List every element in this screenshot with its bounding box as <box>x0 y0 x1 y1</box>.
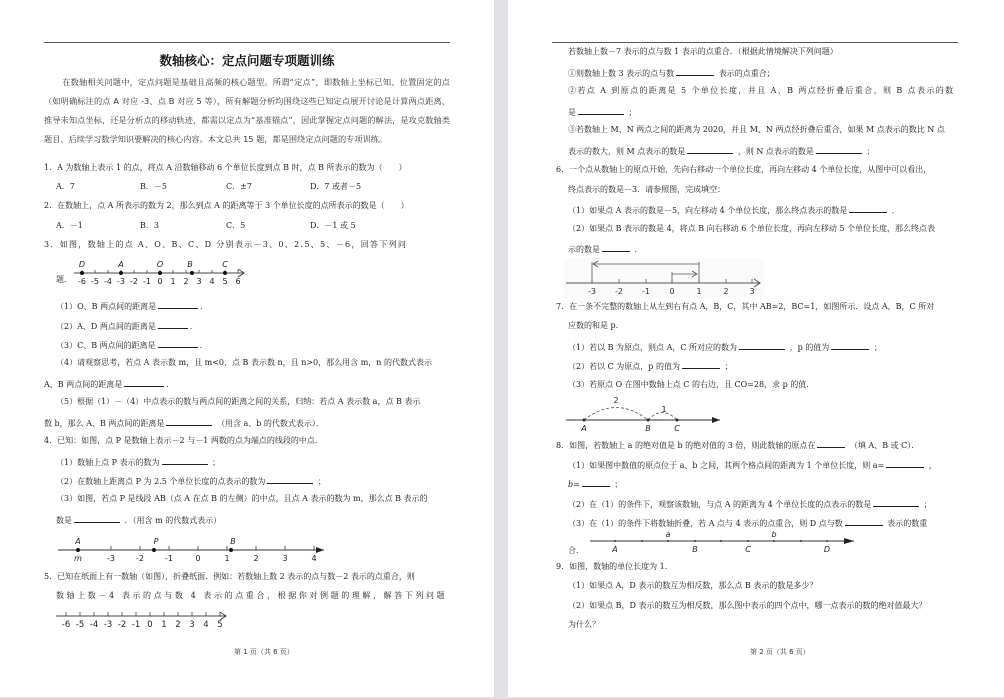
q3-part-4: （4）请观察思考，若点 A 表示数 m，且 m<0，点 B 表示数 n，且 n>… <box>56 358 432 368</box>
svg-text:2: 2 <box>183 277 188 286</box>
svg-text:A: A <box>74 537 80 546</box>
svg-text:-3: -3 <box>107 554 115 563</box>
answer-blank[interactable] <box>849 204 887 213</box>
svg-text:-4: -4 <box>90 620 98 630</box>
svg-text:5: 5 <box>222 277 227 286</box>
answer-blank[interactable] <box>676 67 714 76</box>
point-label-c: C <box>222 260 228 269</box>
q6-part-1: （1）如果点 A 表示的数是－5，向左移动 4 个单位长度，那么终点表示的数是 … <box>568 204 900 216</box>
answer-blank[interactable] <box>739 341 785 350</box>
q1-option-b: B．－5 <box>140 182 167 192</box>
svg-text:B: B <box>645 424 651 433</box>
q7-part-2: （2）若以 C 为原点，p 的值为 ； <box>568 360 733 372</box>
q9-part-1: （1）如果点 A，D 表示的数互为相反数，那么点 B 表示的数是多少？ <box>568 581 817 591</box>
answer-blank[interactable] <box>578 106 624 115</box>
answer-blank[interactable] <box>831 341 869 350</box>
question-7-stem: 7．在一条不完整的数轴上从左到右有点 A，B，C，其中 AB=2，BC=1，如图… <box>556 302 934 312</box>
svg-text:1: 1 <box>224 554 229 563</box>
q9-part-2: （2）如果点 B，D 表示的数互为相反数，那么图中表示的四个点中，哪一点表示的数… <box>568 601 926 611</box>
q4-part-3-cont: 数是 ．（用含 m 的代数式表示） <box>56 514 221 526</box>
svg-text:4: 4 <box>311 554 316 563</box>
q4-part-2: （2）在数轴上距离点 P 为 2.5 个单位长度的点表示的数为 ； <box>56 475 326 487</box>
question-5-stem-2: 数轴上数－4 表示的点与数 4 表示的点重合，根据你对例题的理解，解答下列问题 <box>56 591 447 601</box>
svg-text:3: 3 <box>749 287 754 296</box>
intro-paragraph: 在数轴相关问题中，定点问题是基础且高频的核心题型。所谓“定点”，即数轴上坐标已知… <box>44 73 450 149</box>
question-2-stem: 2．在数轴上，点 A 所表示的数为 2，那么到点 A 的距离等于 3 个单位长度… <box>44 201 409 211</box>
svg-text:0: 0 <box>157 277 162 286</box>
document-title: 数轴核心：定点问题专项题训练 <box>0 51 494 69</box>
q2-option-d: D．－1 或 5 <box>310 221 356 231</box>
intro-text: 在数轴相关问题中，定点问题是基础且高频的核心题型。所谓“定点”，即数轴上坐标已知… <box>44 77 450 144</box>
answer-blank[interactable] <box>166 417 212 426</box>
svg-text:2: 2 <box>253 554 258 563</box>
answer-blank[interactable] <box>124 378 164 387</box>
svg-text:1: 1 <box>696 287 701 296</box>
point-label-o: O <box>157 260 163 269</box>
svg-text:1: 1 <box>161 620 166 630</box>
question-7-stem-2: 应数的和是 p． <box>568 321 624 331</box>
svg-text:-3: -3 <box>104 620 112 630</box>
svg-text:m: m <box>74 554 82 563</box>
q1-option-c: C．±7 <box>226 182 252 192</box>
q5-part-1: ①则数轴上数 3 表示的点与数 表示的点重合； <box>568 67 775 79</box>
svg-text:-6: -6 <box>78 277 86 286</box>
svg-text:P: P <box>154 537 159 546</box>
q7-part-3: （3）若原点 O 在图中数轴上点 C 的右边，且 CO=28，求 p 的值． <box>568 380 814 390</box>
svg-text:-3: -3 <box>588 287 596 296</box>
svg-text:-1: -1 <box>132 620 140 630</box>
svg-text:-6: -6 <box>62 620 70 630</box>
svg-text:5: 5 <box>217 620 222 630</box>
answer-blank[interactable] <box>158 320 188 329</box>
q2-option-c: C．5 <box>226 221 245 231</box>
svg-text:2: 2 <box>613 396 618 405</box>
svg-text:2: 2 <box>175 620 180 630</box>
q4-part-3: （3）如图，若点 P 是线段 AB（点 A 在点 B 的左侧）的中点，且点 A … <box>56 494 428 504</box>
svg-text:3: 3 <box>189 620 194 630</box>
svg-text:-4: -4 <box>104 277 112 286</box>
page-footer: 第 2 页（共 6 页） <box>750 647 810 657</box>
question-3-stem-tail: 题． <box>56 275 72 285</box>
answer-blank[interactable] <box>873 498 919 507</box>
answer-blank[interactable] <box>162 456 208 465</box>
answer-blank[interactable] <box>158 339 198 348</box>
svg-text:-5: -5 <box>76 620 84 630</box>
answer-blank[interactable] <box>682 360 720 369</box>
page-footer: 第 1 页（共 6 页） <box>234 647 294 657</box>
svg-text:-2: -2 <box>136 554 144 563</box>
document-page-2: 若数轴上数－7 表示的点与数 1 表示的点重合．（根据此情境解决下列问题） ①则… <box>508 0 1004 697</box>
header-rule <box>552 42 958 43</box>
svg-text:2: 2 <box>723 287 728 296</box>
answer-blank[interactable] <box>602 243 630 252</box>
q2-option-b: B．3 <box>140 221 159 231</box>
q5-cont-line: 若数轴上数－7 表示的点与数 1 表示的点重合．（根据此情境解决下列问题） <box>568 47 838 57</box>
svg-text:b: b <box>771 530 776 539</box>
svg-text:a: a <box>666 530 671 539</box>
question-3-stem: 3．如图，数轴上的点 A、O、B、C、D 分别表示－3、0、2.5、5、－6，回… <box>44 240 407 250</box>
q1-option-a: A．7 <box>56 182 75 192</box>
header-rule <box>44 42 450 43</box>
q8-part-1: （1）如果图中数值的原点位于 a、b 之间，其两个格点间的距离为 1 个单位长度… <box>568 459 937 471</box>
question-9-stem: 9．如图，数轴的单位长度为 1． <box>556 562 673 572</box>
point-label-d: D <box>79 260 85 269</box>
answer-blank[interactable] <box>816 145 862 154</box>
q7-part-1: （1）若以 B 为原点，则点 A，C 所对应的数为 ，p 的值为 ； <box>568 341 882 353</box>
svg-text:-1: -1 <box>165 554 173 563</box>
svg-text:-2: -2 <box>118 620 126 630</box>
question-6-stem-2: 终点表示的数是－3．请参照图，完成填空： <box>568 185 725 195</box>
answer-blank[interactable] <box>687 145 733 154</box>
q8-part-3: （3）在（1）的条件下将数轴折叠，若 A 点与 4 表示的点重合，则 D 点与数… <box>568 517 927 529</box>
question-1-stem: 1．A 为数轴上表示 1 的点，将点 A 沿数轴移动 6 个单位长度到点 B 时… <box>44 163 407 173</box>
q3-part-3: （3）C、B 两点间的距离是． <box>56 339 208 351</box>
q8-part-2: （2）在（1）的条件下，观察该数轴，与点 A 的距离为 4 个单位长度的点表示的… <box>568 498 932 510</box>
point-label-b: B <box>187 260 193 269</box>
svg-text:-5: -5 <box>91 277 99 286</box>
answer-blank[interactable] <box>582 478 610 487</box>
q3-number-line-figure: D A O B C -6-5 -4-3 -2-1 01 23 45 6 <box>72 256 248 288</box>
q2-option-a: A．－1 <box>56 221 83 231</box>
q5-part-3-cont: 表示的数大，则 M 点表示的数是 ，则 N 点表示的数是 ； <box>568 145 874 157</box>
q3-part-2: （2）A、D 两点间的距离是． <box>56 320 198 332</box>
svg-text:6: 6 <box>235 277 240 286</box>
q8-number-line-figure: a b A B C D <box>588 530 858 556</box>
q3-part-1: （1）O、B 两点间的距离是． <box>56 300 208 312</box>
question-8-stem: 8．如图，若数轴上 a 的绝对值是 b 的绝对值的 3 倍，则此数轴的原点在 （… <box>556 439 919 451</box>
question-6-stem: 6．一个点从数轴上的原点开始，先向右移动一个单位长度，再向左移动 4 个单位长度… <box>556 165 931 175</box>
svg-text:0: 0 <box>195 554 200 563</box>
q8-part-3-cont: 合． <box>568 546 584 556</box>
answer-blank[interactable] <box>74 514 120 523</box>
answer-blank[interactable] <box>267 475 313 484</box>
svg-text:1: 1 <box>661 405 666 414</box>
answer-blank[interactable] <box>886 459 924 468</box>
svg-text:C: C <box>674 424 680 433</box>
svg-text:1: 1 <box>170 277 175 286</box>
svg-text:4: 4 <box>203 620 208 630</box>
q7-segment-diagram: 2 1 A B C <box>564 393 724 433</box>
question-4-stem: 4．已知：如图，点 P 是数轴上表示－2 与－1 两数的点为端点的线段的中点． <box>44 436 323 446</box>
q6-part-2: （2）如果点 B 表示的数是 4，将点 B 向右移动 6 个单位长度，再向左移动… <box>568 224 935 234</box>
q6-part-2-cont: 示的数是 ． <box>568 243 643 255</box>
svg-text:-2: -2 <box>130 277 138 286</box>
q1-option-d: D．7 或者－5 <box>310 182 361 192</box>
q6-movement-diagram: -3-2 -10 12 3 <box>564 258 764 298</box>
svg-text:3: 3 <box>282 554 287 563</box>
q9-part-2-cont: 为什么？ <box>568 620 600 630</box>
svg-text:A: A <box>611 545 617 554</box>
q4-number-line-figure: A P B m -3-2 -10 12 34 <box>56 533 328 565</box>
svg-text:3: 3 <box>196 277 201 286</box>
svg-text:0: 0 <box>147 620 152 630</box>
svg-text:-2: -2 <box>615 287 623 296</box>
q3-part-5-cont: 数 b，那么 A、B 两点间的距离是 （用含 a、b 的代数式表示）． <box>44 417 324 429</box>
q5-part-2-cont: 是 ； <box>568 106 637 118</box>
q4-part-1: （1）数轴上点 P 表示的数为 ； <box>56 456 220 468</box>
svg-text:0: 0 <box>669 287 674 296</box>
svg-text:A: A <box>580 424 586 433</box>
document-page-1: 数轴核心：定点问题专项题训练 在数轴相关问题中，定点问题是基础且高频的核心题型。… <box>0 0 494 697</box>
point-label-a: A <box>117 260 123 269</box>
q3-part-5: （5）根据（1）－（4）中点表示的数与两点间的距离之间的关系，归纳：若点 A 表… <box>56 397 420 407</box>
svg-text:D: D <box>824 545 830 554</box>
q5-number-line-figure: -6-5 -4-3 -2-1 01 23 45 <box>54 606 230 632</box>
svg-text:4: 4 <box>209 277 214 286</box>
q5-part-2: ②若点 A 到原点的距离是 5 个单位长度，并且 A、B 两点经折叠后重合，则 … <box>568 86 955 96</box>
svg-text:B: B <box>692 545 698 554</box>
q3-part-4-cont: A、B 两点间的距离是． <box>44 378 174 390</box>
svg-text:C: C <box>745 545 751 554</box>
answer-blank[interactable] <box>817 439 845 448</box>
q8-part-1-cont: b= ； <box>568 478 622 490</box>
svg-text:B: B <box>230 537 236 546</box>
svg-text:-1: -1 <box>642 287 650 296</box>
q5-part-3: ③若数轴上 M、N 两点之间的距离为 2020，并且 M、N 两点经折叠后重合，… <box>568 125 945 135</box>
svg-text:-3: -3 <box>117 277 125 286</box>
answer-blank[interactable] <box>158 300 198 309</box>
svg-text:-1: -1 <box>143 277 151 286</box>
answer-blank[interactable] <box>845 517 883 526</box>
question-5-stem: 5．已知在纸面上有一数轴（如图），折叠纸面．例如：若数轴上数 2 表示的点与数－… <box>44 572 415 582</box>
